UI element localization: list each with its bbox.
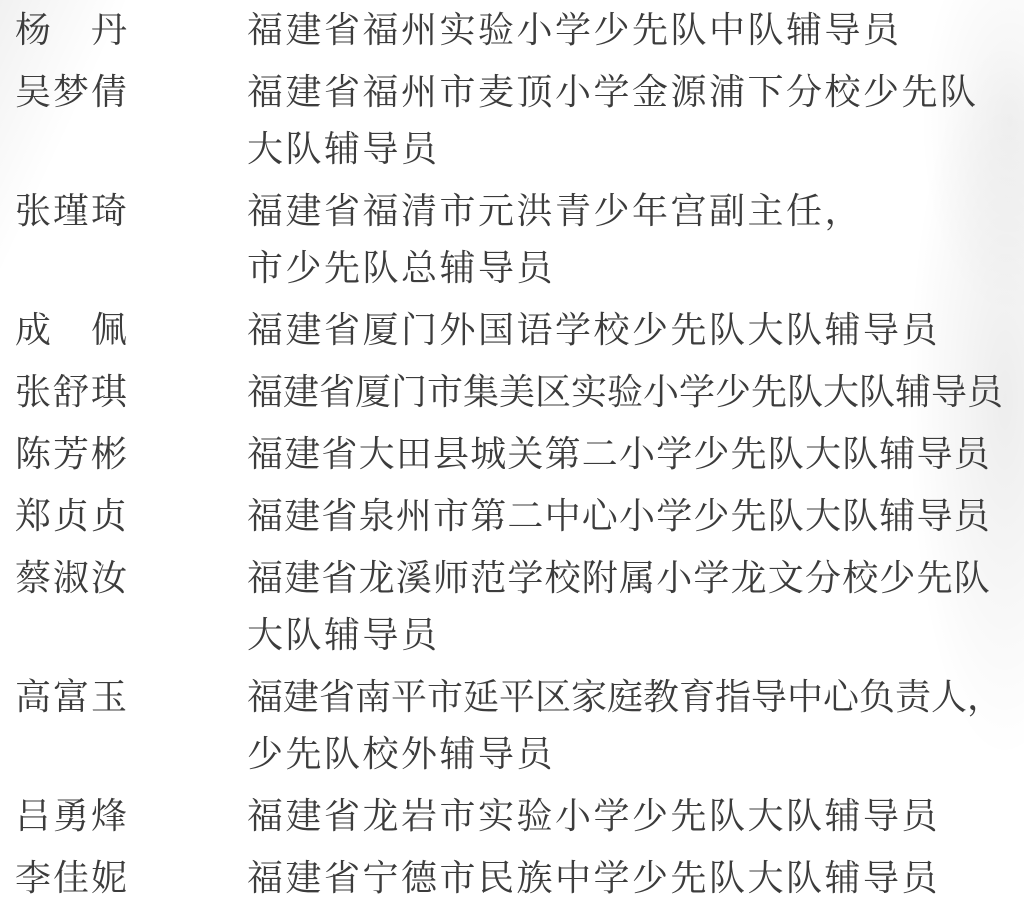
person-name: 杨丹 <box>15 2 127 59</box>
title-line: 福建省厦门市集美区实验小学少先队大队辅导员 <box>247 364 1003 421</box>
person-title: 福建省厦门外国语学校少先队大队辅导员 <box>247 302 940 359</box>
person-title: 福建省福州实验小学少先队中队辅导员 <box>247 2 902 59</box>
title-line: 福建省福州市麦顶小学金源浦下分校少先队 <box>247 64 979 121</box>
person-name: 陈芳彬 <box>15 426 127 483</box>
title-line: 福建省泉州市第二中心小学少先队大队辅导员 <box>247 488 991 545</box>
person-title: 福建省宁德市民族中学少先队大队辅导员 <box>247 850 940 907</box>
roster-entry: 吕勇烽 福建省龙岩市实验小学少先队大队辅导员 <box>15 788 1024 845</box>
title-line: 福建省福清市元洪青少年宫副主任， <box>247 183 863 240</box>
roster-entry: 蔡淑汝 福建省龙溪师范学校附属小学龙文分校少先队 大队辅导员 <box>15 550 1024 664</box>
roster-entry: 吴梦倩 福建省福州市麦顶小学金源浦下分校少先队 大队辅导员 <box>15 64 1024 178</box>
person-title: 福建省泉州市第二中心小学少先队大队辅导员 <box>247 488 991 545</box>
title-line: 福建省龙溪师范学校附属小学龙文分校少先队 <box>247 550 991 607</box>
person-title: 福建省龙岩市实验小学少先队大队辅导员 <box>247 788 940 845</box>
title-line: 少先队校外辅导员 <box>247 726 1003 783</box>
person-title: 福建省大田县城关第二小学少先队大队辅导员 <box>247 426 991 483</box>
roster-entry: 成佩 福建省厦门外国语学校少先队大队辅导员 <box>15 302 1024 359</box>
title-line: 福建省南平市延平区家庭教育指导中心负责人， <box>247 669 1003 726</box>
title-line: 大队辅导员 <box>247 607 991 664</box>
person-name: 吕勇烽 <box>15 788 127 845</box>
person-title: 福建省厦门市集美区实验小学少先队大队辅导员 <box>247 364 1003 421</box>
person-name: 蔡淑汝 <box>15 550 127 607</box>
person-name: 张瑾琦 <box>15 183 127 240</box>
title-line: 福建省厦门外国语学校少先队大队辅导员 <box>247 302 940 359</box>
roster-entry: 张瑾琦 福建省福清市元洪青少年宫副主任， 市少先队总辅导员 <box>15 183 1024 297</box>
person-title: 福建省龙溪师范学校附属小学龙文分校少先队 大队辅导员 <box>247 550 991 664</box>
roster-entry: 李佳妮 福建省宁德市民族中学少先队大队辅导员 <box>15 850 1024 907</box>
person-name: 李佳妮 <box>15 850 127 907</box>
person-title: 福建省福州市麦顶小学金源浦下分校少先队 大队辅导员 <box>247 64 979 178</box>
title-line: 市少先队总辅导员 <box>247 240 863 297</box>
person-name: 吴梦倩 <box>15 64 127 121</box>
person-name: 郑贞贞 <box>15 488 127 545</box>
person-name: 张舒琪 <box>15 364 127 421</box>
award-roster-list: 杨丹 福建省福州实验小学少先队中队辅导员 吴梦倩 福建省福州市麦顶小学金源浦下分… <box>0 0 1024 907</box>
title-line: 福建省龙岩市实验小学少先队大队辅导员 <box>247 788 940 845</box>
person-name: 高富玉 <box>15 669 127 726</box>
person-title: 福建省南平市延平区家庭教育指导中心负责人， 少先队校外辅导员 <box>247 669 1003 783</box>
roster-entry: 杨丹 福建省福州实验小学少先队中队辅导员 <box>15 2 1024 59</box>
roster-entry: 张舒琪 福建省厦门市集美区实验小学少先队大队辅导员 <box>15 364 1024 421</box>
person-name: 成佩 <box>15 302 127 359</box>
title-line: 福建省宁德市民族中学少先队大队辅导员 <box>247 850 940 907</box>
title-line: 福建省大田县城关第二小学少先队大队辅导员 <box>247 426 991 483</box>
title-line: 大队辅导员 <box>247 121 979 178</box>
title-line: 福建省福州实验小学少先队中队辅导员 <box>247 2 902 59</box>
person-title: 福建省福清市元洪青少年宫副主任， 市少先队总辅导员 <box>247 183 863 297</box>
roster-entry: 高富玉 福建省南平市延平区家庭教育指导中心负责人， 少先队校外辅导员 <box>15 669 1024 783</box>
roster-entry: 郑贞贞 福建省泉州市第二中心小学少先队大队辅导员 <box>15 488 1024 545</box>
roster-entry: 陈芳彬 福建省大田县城关第二小学少先队大队辅导员 <box>15 426 1024 483</box>
